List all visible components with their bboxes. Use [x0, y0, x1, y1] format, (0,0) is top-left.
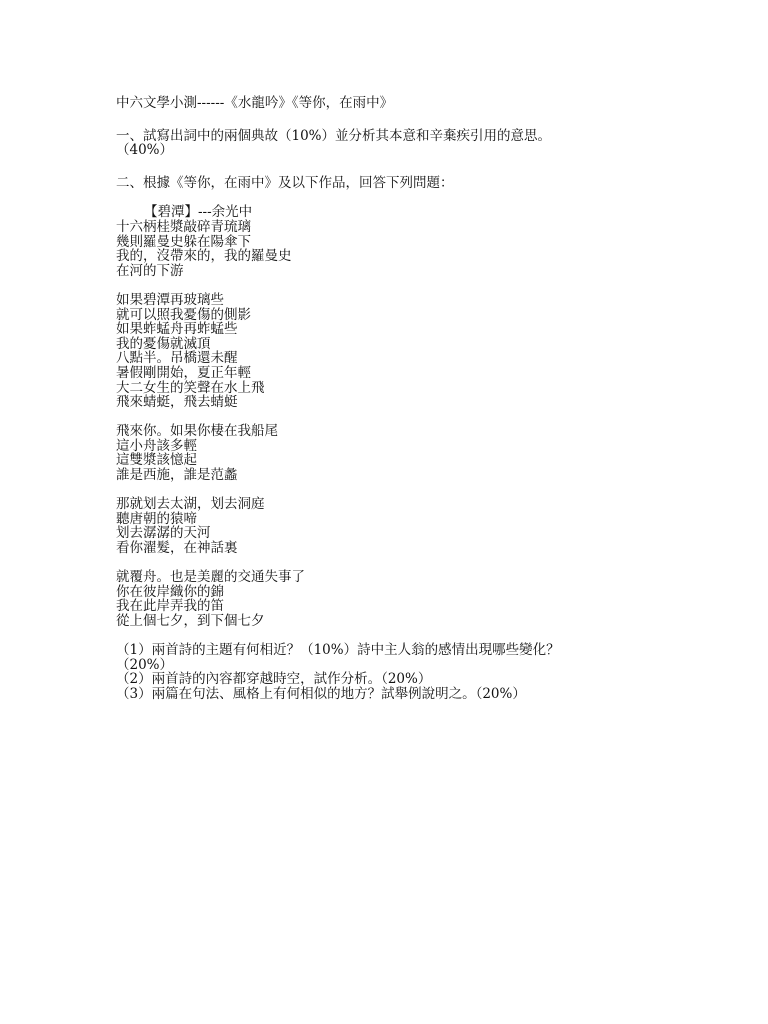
document-title: 中六文學小測------《水龍吟》《等你，在雨中》 — [116, 96, 656, 111]
poem-line: 飛來蜻蜓，飛去蜻蜓 — [116, 395, 656, 410]
question-1-line: （40%） — [116, 143, 656, 158]
poem-line: 如果碧潭再玻璃些 — [116, 293, 656, 308]
poem-line: 在河的下游 — [116, 264, 656, 279]
poem-line: 幾則羅曼史躲在陽傘下 — [116, 235, 656, 250]
poem-line: 從上個七夕，到下個七夕 — [116, 614, 656, 629]
poem-line: 看你濯髮，在神話裏 — [116, 541, 656, 556]
sub-question-3: （3）兩篇在句法、風格上有何相似的地方？試舉例說明之。（20%） — [116, 687, 656, 702]
question-2: 二、根據《等你，在雨中》及以下作品，回答下列問題： 【碧潭】---余光中 十六柄… — [116, 176, 656, 702]
spacer — [116, 158, 656, 176]
sub-question-1: （1）兩首詩的主題有何相近？（10%）詩中主人翁的感情出現哪些變化？ — [116, 643, 656, 658]
poem-line: 就覆舟。也是美麗的交通失事了 — [116, 570, 656, 585]
sub-question-2: （2）兩首詩的內容都穿越時空，試作分析。（20%） — [116, 672, 656, 687]
poem-stanza-2: 如果碧潭再玻璃些 就可以照我憂傷的側影 如果蚱蜢舟再蚱蜢些 我的憂傷就滅頂 八點… — [116, 293, 656, 410]
poem-line: 這小舟該多輕 — [116, 439, 656, 454]
question-1: 一、試寫出詞中的兩個典故（10%）並分析其本意和辛棄疾引用的意思。 （40%） — [116, 129, 656, 158]
poem-line: 我在此岸弄我的笛 — [116, 599, 656, 614]
poem-line: 大二女生的笑聲在水上飛 — [116, 381, 656, 396]
poem-stanza-4: 那就划去太湖，划去洞庭 聽唐朝的猿啼 划去潺潺的天河 看你濯髮，在神話裏 — [116, 497, 656, 555]
poem-title: 【碧潭】---余光中 — [116, 205, 656, 220]
poem: 【碧潭】---余光中 十六柄桂漿敲碎青琉璃 幾則羅曼史躲在陽傘下 我的，沒帶來的… — [116, 205, 656, 628]
poem-line: 這雙漿該憶起 — [116, 453, 656, 468]
question-2-prompt: 二、根據《等你，在雨中》及以下作品，回答下列問題： — [116, 176, 656, 191]
poem-line: 就可以照我憂傷的側影 — [116, 308, 656, 323]
poem-line: 十六柄桂漿敲碎青琉璃 — [116, 220, 656, 235]
poem-line: 划去潺潺的天河 — [116, 526, 656, 541]
poem-line: 誰是西施，誰是范蠡 — [116, 468, 656, 483]
spacer — [116, 111, 656, 129]
poem-stanza-5: 就覆舟。也是美麗的交通失事了 你在彼岸織你的錦 我在此岸弄我的笛 從上個七夕，到… — [116, 570, 656, 628]
document-page: 中六文學小測------《水龍吟》《等你，在雨中》 一、試寫出詞中的兩個典故（1… — [116, 96, 656, 702]
poem-stanza-3: 飛來你。如果你棲在我船尾 這小舟該多輕 這雙漿該憶起 誰是西施，誰是范蠡 — [116, 424, 656, 482]
poem-line: 飛來你。如果你棲在我船尾 — [116, 424, 656, 439]
poem-line: 暑假剛開始，夏正年輕 — [116, 366, 656, 381]
poem-line: 如果蚱蜢舟再蚱蜢些 — [116, 322, 656, 337]
poem-line: 八點半。吊橋還未醒 — [116, 351, 656, 366]
question-1-line: 一、試寫出詞中的兩個典故（10%）並分析其本意和辛棄疾引用的意思。 — [116, 129, 656, 144]
poem-line: 我的，沒帶來的，我的羅曼史 — [116, 249, 656, 264]
poem-line: 那就划去太湖，划去洞庭 — [116, 497, 656, 512]
poem-stanza-1: 十六柄桂漿敲碎青琉璃 幾則羅曼史躲在陽傘下 我的，沒帶來的，我的羅曼史 在河的下… — [116, 220, 656, 278]
sub-questions: （1）兩首詩的主題有何相近？（10%）詩中主人翁的感情出現哪些變化？ （20%）… — [116, 643, 656, 701]
